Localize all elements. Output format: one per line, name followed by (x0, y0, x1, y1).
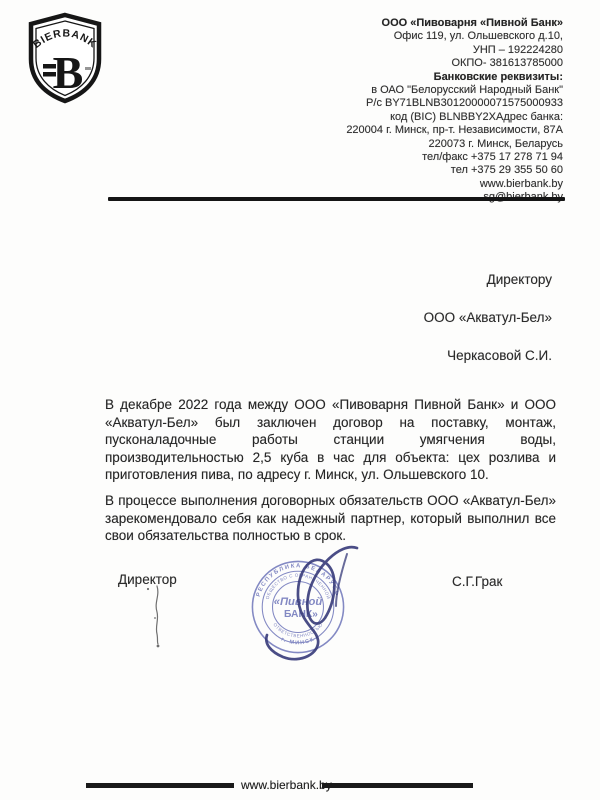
bank-bic: код (BIC) BLNBBY2XАдрес банка: (233, 111, 563, 124)
footer-rule-left (86, 783, 234, 788)
logo-monogram: В (53, 47, 84, 98)
paragraph-1: В декабре 2022 года между ООО «Пивоварня… (105, 396, 556, 484)
website: www.bierbank.by (233, 178, 563, 191)
monogram-side-mark (85, 67, 91, 70)
phone-fax: тел/факс +375 17 278 71 94 (233, 151, 563, 164)
company-unp: УНП – 192224280 (233, 44, 563, 57)
company-name: ООО «Пивоварня «Пивной Банк» (233, 17, 563, 30)
bank-address-1: 220004 г. Минск, пр-т. Независимости, 87… (233, 124, 563, 137)
signature-scribble (243, 540, 383, 670)
ink-smudge (146, 583, 170, 649)
footer-rule-right (322, 783, 473, 788)
bierbank-logo: BIERBANK В (26, 12, 104, 104)
header-divider-rule (108, 197, 565, 201)
scanned-letter-page: BIERBANK В ООО «Пивоварня «Пивной Банк» … (0, 0, 600, 800)
paragraph-2: В процессе выполнения договорных обязате… (105, 492, 556, 545)
monogram-bar-bottom (43, 72, 56, 77)
company-address: Офис 119, ул. Ольшевского д.10, (233, 30, 563, 43)
letter-body: В декабре 2022 года между ООО «Пивоварня… (105, 396, 556, 553)
recipient-title: Директору (487, 272, 552, 287)
bank-name: в ОАО "Белорусский Народный Банк" (233, 84, 563, 97)
signatory-name: С.Г.Грак (452, 574, 502, 589)
monogram-bar-top (43, 64, 56, 69)
company-details-block: ООО «Пивоварня «Пивной Банк» Офис 119, у… (233, 17, 563, 205)
recipient-company: ООО «Акватул-Бел» (424, 310, 552, 325)
recipient-person: Черкасовой С.И. (447, 348, 552, 363)
footer-website: www.bierbank.by (241, 778, 332, 792)
company-okpo: ОКПО- 381613785000 (233, 57, 563, 70)
recipient-block: Директору ООО «Акватул-Бел» Черкасовой С… (424, 272, 552, 363)
bank-details-heading: Банковские реквизиты: (233, 71, 563, 84)
bank-account: Р/с BY71BLNB30120000071575000933 (233, 97, 563, 110)
phone: тел +375 29 355 50 60 (233, 164, 563, 177)
bank-address-2: 220073 г. Минск, Беларусь (233, 138, 563, 151)
